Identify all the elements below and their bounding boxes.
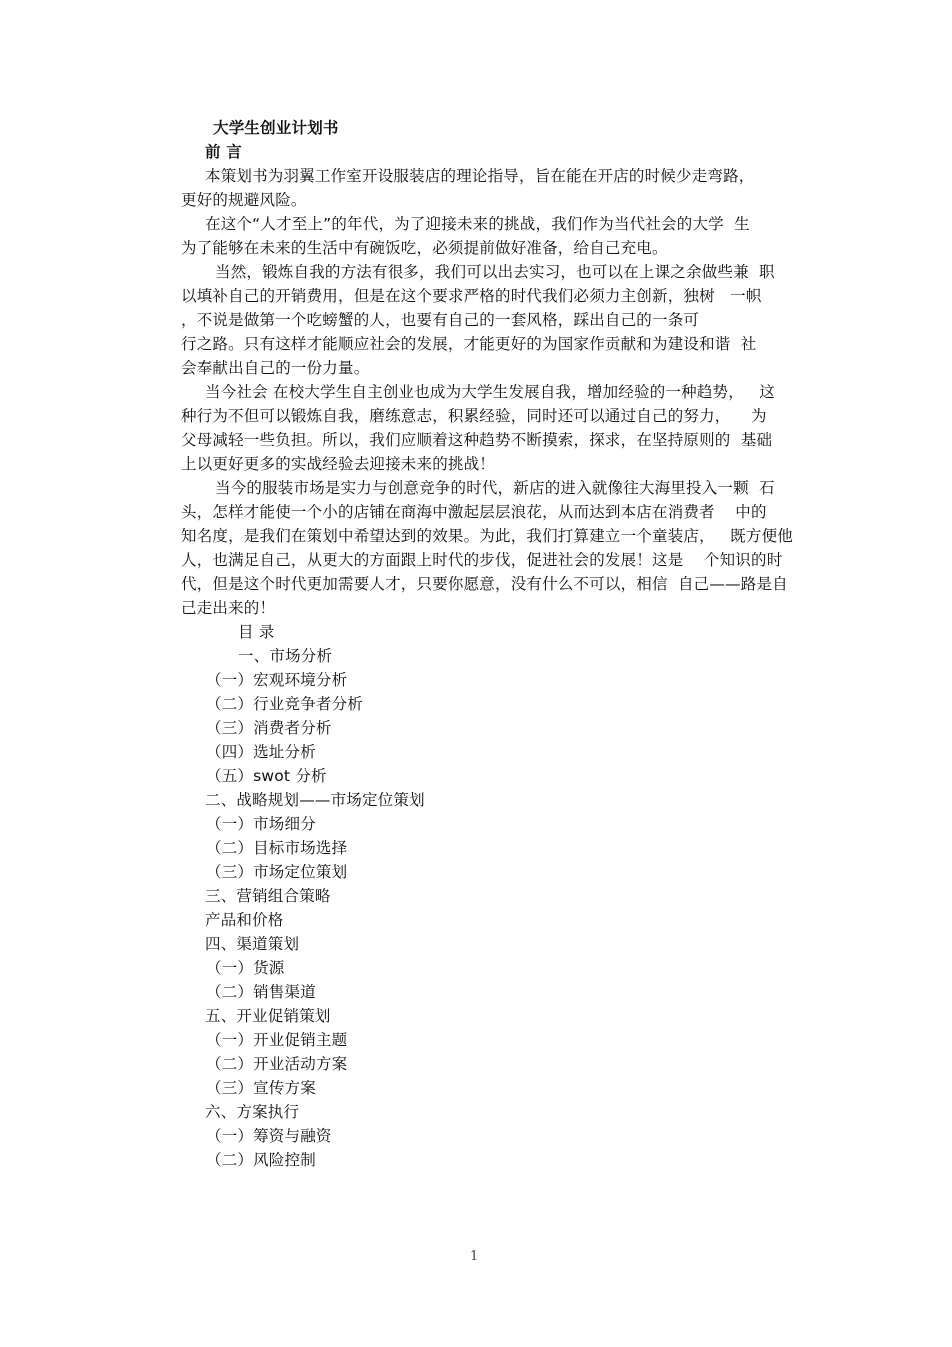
toc-item: （一）市场细分 (206, 814, 316, 834)
paragraph-line: 为了能够在未来的生活中有碗饭吃，必须提前做好准备，给自己充电。 (181, 238, 668, 258)
paragraph-line: ，不说是做第一个吃螃蟹的人，也要有自己的一套风格，踩出自己的一条可 (181, 310, 699, 330)
preface-heading: 前 言 (205, 142, 242, 162)
toc-item: （二）目标市场选择 (206, 838, 347, 858)
paragraph-line: 种行为不但可以锻炼自我，磨练意志，积累经验，同时还可以通过自己的努力， 为 (181, 406, 767, 426)
toc-item: （二）风险控制 (206, 1150, 316, 1170)
toc-item: （三）宣传方案 (206, 1078, 316, 1098)
toc-item: 二、战略规划——市场定位策划 (205, 790, 425, 810)
toc-item: （三）消费者分析 (206, 718, 332, 738)
paragraph-line: 在这个“人才至上”的年代，为了迎接未来的挑战，我们作为当代社会的大学 生 (205, 214, 750, 234)
toc-item: （一）筹资与融资 (206, 1126, 332, 1146)
page-number: 1 (470, 1249, 478, 1264)
paragraph-line: 代，但是这个时代更加需要人才，只要你愿意，没有什么不可以，相信 自己——路是自 (181, 574, 788, 594)
paragraph-line: 己走出来的！ (181, 598, 275, 618)
toc-item: 四、渠道策划 (205, 934, 299, 954)
paragraph-line: 会奉献出自己的一份力量。 (181, 358, 369, 378)
toc-item: （二）销售渠道 (206, 982, 316, 1002)
toc-item: 三、营销组合策略 (205, 886, 331, 906)
toc-item: （四）选址分析 (206, 742, 316, 762)
paragraph-line: 上以更好更多的实战经验去迎接未来的挑战！ (181, 454, 495, 474)
paragraph-line: 父母减轻一些负担。所以，我们应顺着这种趋势不断摸索，探求，在坚持原则的 基础 (181, 430, 772, 450)
toc-item: 一、市场分析 (238, 646, 332, 666)
toc-item: （一）宏观环境分析 (206, 670, 347, 690)
paragraph-line: 本策划书为羽翼工作室开设服装店的理论指导，旨在能在开店的时候少走弯路， (205, 166, 755, 186)
paragraph-line: 更好的规避风险。 (181, 190, 307, 210)
paragraph-line: 人，也满足自己，从更大的方面跟上时代的步伐，促进社会的发展！这是 个知识的时 (181, 550, 782, 570)
toc-item: （五）swot 分析 (206, 766, 327, 786)
toc-heading: 目 录 (238, 622, 275, 642)
paragraph-line: 头，怎样才能使一个小的店铺在商海中激起层层浪花，从而达到本店在消费者 中的 (181, 502, 767, 522)
toc-item: 五、开业促销策划 (205, 1006, 331, 1026)
document-page: 大学生创业计划书 前 言 本策划书为羽翼工作室开设服装店的理论指导，旨在能在开店… (0, 0, 952, 1347)
toc-item: （二）开业活动方案 (206, 1054, 347, 1074)
toc-item: （三）市场定位策划 (206, 862, 347, 882)
paragraph-line: 当今社会 在校大学生自主创业也成为大学生发展自我，增加经验的一种趋势， 这 (205, 382, 775, 402)
toc-item: 产品和价格 (205, 910, 284, 930)
document-title: 大学生创业计划书 (213, 118, 339, 138)
paragraph-line: 行之路。只有这样才能顺应社会的发展，才能更好的为国家作贡献和为建设和谐 社 (181, 334, 756, 354)
paragraph-line: 以填补自己的开销费用，但是在这个要求严格的时代我们必须力主创新，独树 一帜 (181, 286, 762, 306)
paragraph-line: 当然，锻炼自我的方法有很多，我们可以出去实习，也可以在上课之余做些兼 职 (215, 262, 775, 282)
paragraph-line: 知名度，是我们在策划中希望达到的效果。为此，我们打算建立一个童装店， 既方便他 (181, 526, 793, 546)
toc-item: （一）开业促销主题 (206, 1030, 347, 1050)
paragraph-line: 当今的服装市场是实力与创意竞争的时代，新店的进入就像往大海里投入一颗 石 (215, 478, 775, 498)
toc-item: （二）行业竞争者分析 (206, 694, 363, 714)
toc-item: 六、方案执行 (205, 1102, 299, 1122)
toc-item: （一）货源 (206, 958, 285, 978)
